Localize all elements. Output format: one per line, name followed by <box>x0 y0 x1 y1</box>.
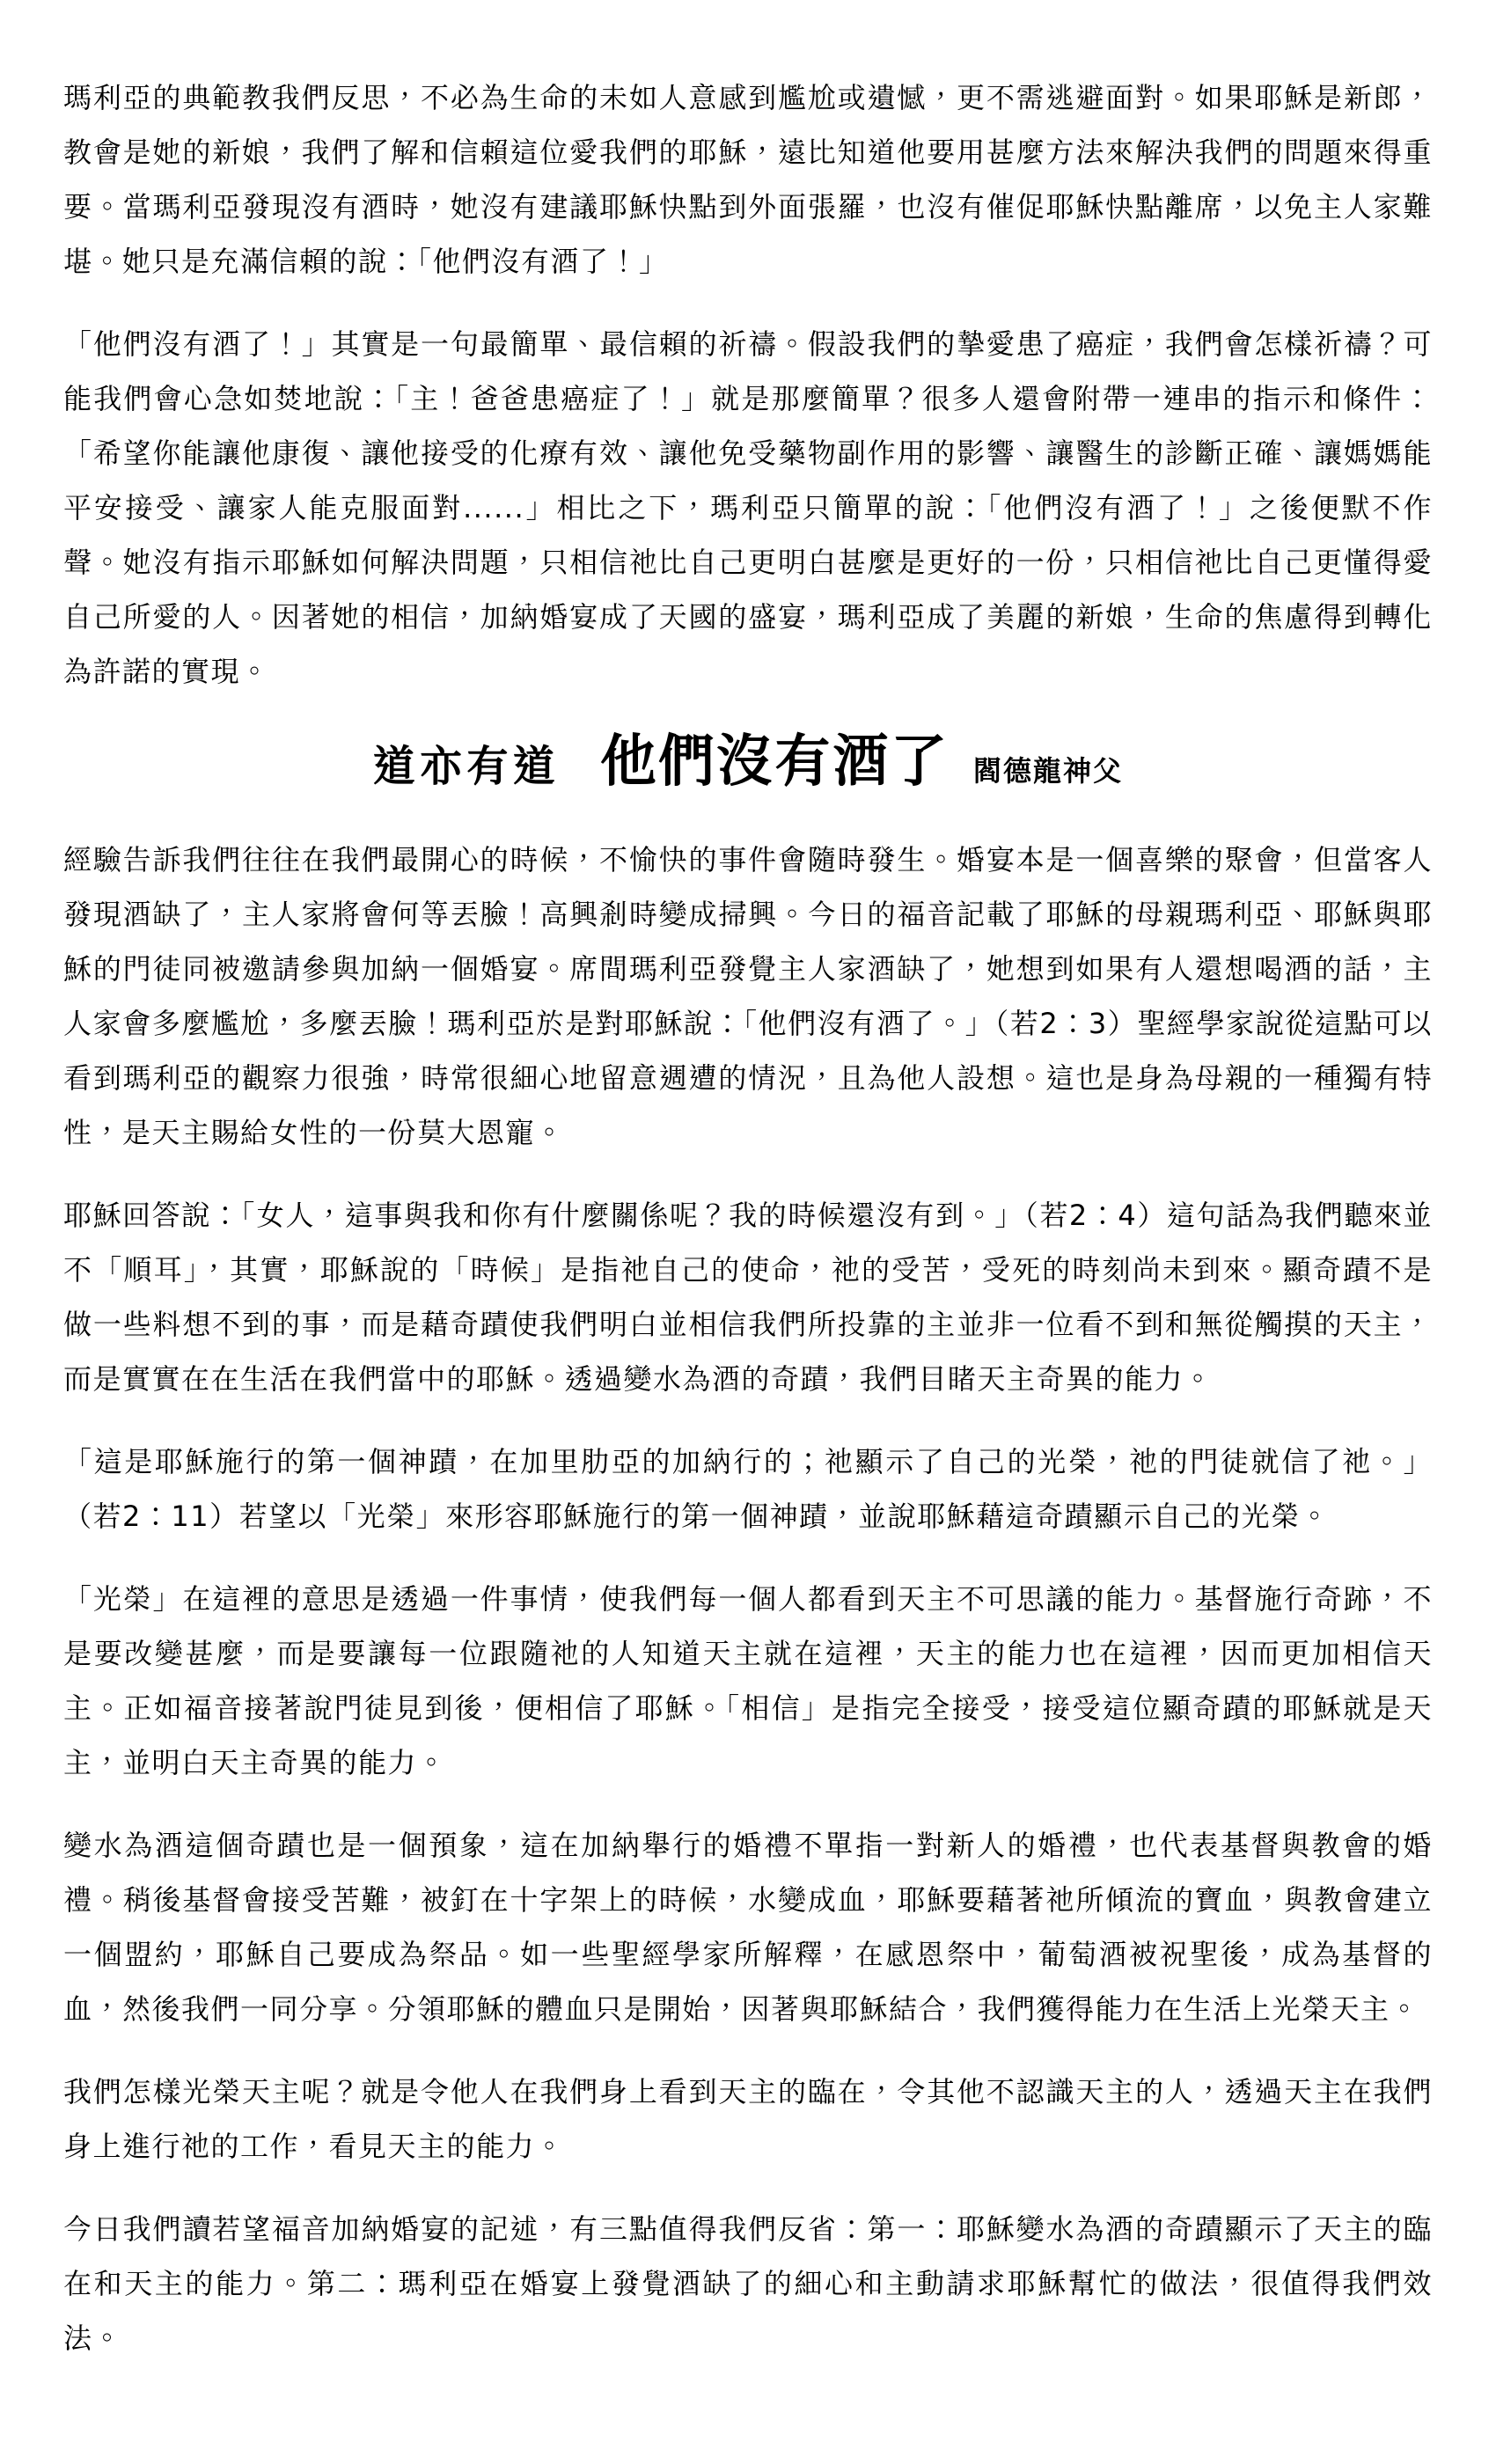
document-page: 瑪利亞的典範教我們反思，不必為生命的未如人意感到尷尬或遺憾，更不需逃避面對。如果… <box>0 0 1496 2464</box>
body-paragraph-2: 耶穌回答說：「女人，這事與我和你有什麼關係呢？我的時候還沒有到。」（若2：4）這… <box>63 1188 1433 1406</box>
intro-paragraph-2: 「他們沒有酒了！」其實是一句最簡單、最信賴的祈禱。假設我們的摯愛患了癌症，我們會… <box>63 317 1433 699</box>
article-author: 閻德龍神父 <box>973 736 1123 806</box>
body-paragraph-4: 「光榮」在這裡的意思是透過一件事情，使我們每一個人都看到天主不可思議的能力。基督… <box>63 1572 1433 1790</box>
article-heading: 道亦有道 他們沒有酒了 閻德龍神父 <box>63 727 1433 806</box>
body-paragraph-3: 「這是耶穌施行的第一個神蹟，在加里肋亞的加納行的；祂顯示了自己的光榮，祂的門徒就… <box>63 1434 1433 1544</box>
intro-paragraph-1: 瑪利亞的典範教我們反思，不必為生命的未如人意感到尷尬或遺憾，更不需逃避面對。如果… <box>63 70 1433 289</box>
body-paragraph-5: 變水為酒這個奇蹟也是一個預象，這在加納舉行的婚禮不單指一對新人的婚禮，也代表基督… <box>63 1818 1433 2036</box>
article-title: 他們沒有酒了 <box>600 727 949 797</box>
column-title: 道亦有道 <box>373 731 560 802</box>
body-paragraph-1: 經驗告訴我們往往在我們最開心的時候，不愉快的事件會隨時發生。婚宴本是一個喜樂的聚… <box>63 832 1433 1160</box>
body-paragraph-7: 今日我們讀若望福音加納婚宴的記述，有三點值得我們反省：第一：耶穌變水為酒的奇蹟顯… <box>63 2202 1433 2365</box>
body-paragraph-6: 我們怎樣光榮天主呢？就是令他人在我們身上看到天主的臨在，令其他不認識天主的人，透… <box>63 2064 1433 2174</box>
